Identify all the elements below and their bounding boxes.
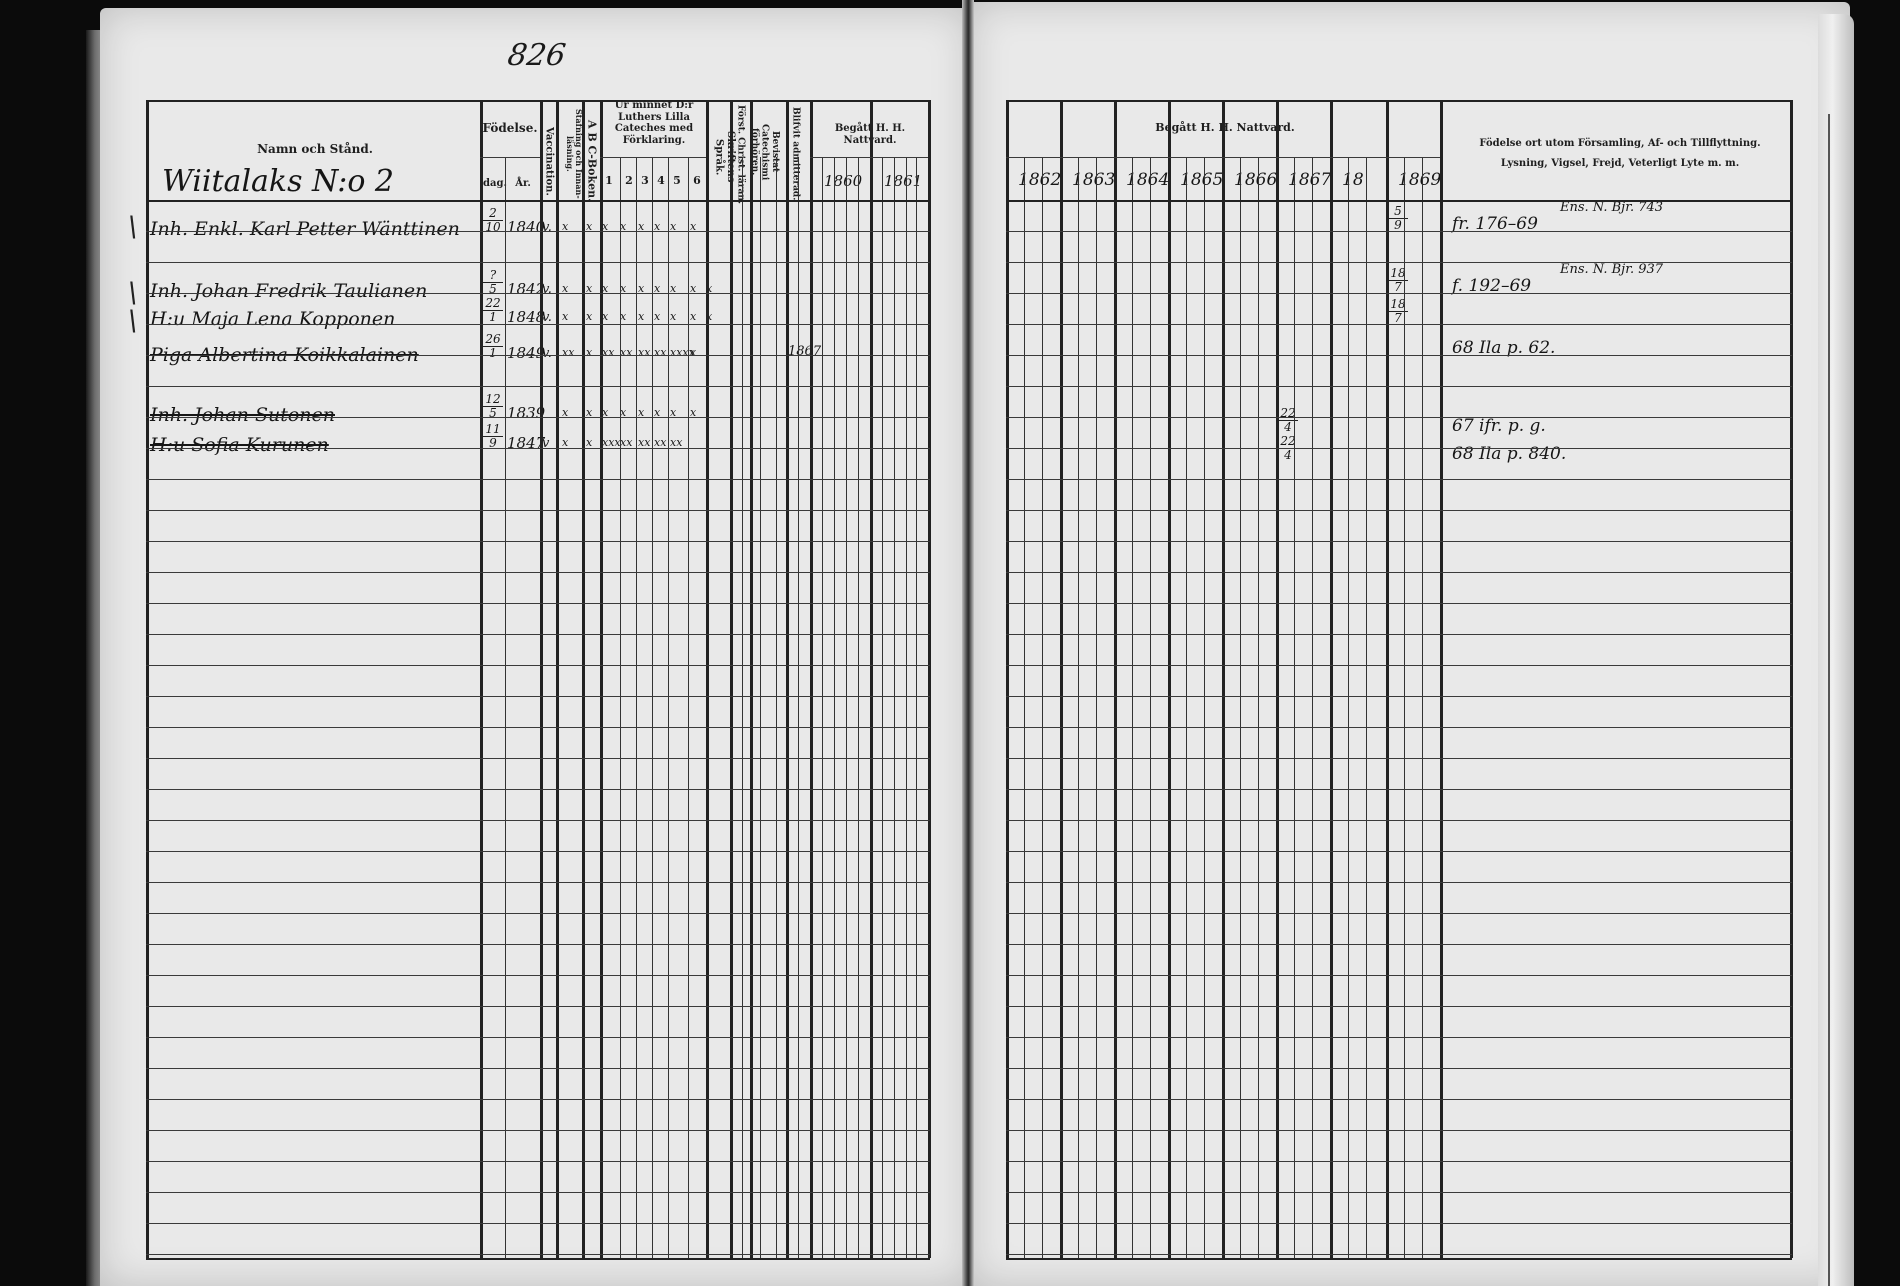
rule-line xyxy=(1006,293,1792,294)
rule-line xyxy=(1006,820,1792,821)
remark-text: 67 ifr. p. g. xyxy=(1452,416,1546,436)
rule-line xyxy=(1006,157,1440,158)
rule-line xyxy=(146,1223,930,1224)
rule-line xyxy=(1790,100,1793,1258)
rule-line xyxy=(1006,789,1792,790)
rule-line xyxy=(786,100,789,1258)
rule-line xyxy=(146,1099,930,1100)
rule-line xyxy=(146,789,930,790)
header-remarks: Födelse ort utom Församling, Af- och Til… xyxy=(1470,134,1770,174)
rule-line xyxy=(1078,157,1079,1258)
header-reading: Stafning och Innan-läsning. xyxy=(561,104,583,204)
rule-line xyxy=(146,386,930,387)
entry-mark: x xyxy=(670,310,676,323)
rule-line xyxy=(146,1130,930,1131)
entry-vaccination: v. xyxy=(542,220,552,235)
catechism-col-3: 3 xyxy=(638,175,652,188)
rule-line xyxy=(1006,1099,1792,1100)
header-catechism: Ur minnet D:r Luthers Lilla Cateches med… xyxy=(604,100,704,146)
rule-line xyxy=(1006,541,1792,542)
rule-line xyxy=(1006,634,1792,635)
header-vaccination: Vaccination. xyxy=(543,116,555,206)
rule-line xyxy=(146,1037,930,1038)
rule-line xyxy=(146,100,149,1258)
rule-line xyxy=(688,157,689,1258)
entry-vaccination: v. xyxy=(542,346,552,361)
margin-checkmark: \ xyxy=(128,304,137,337)
rule-line xyxy=(1006,572,1792,573)
rule-line xyxy=(1006,262,1792,263)
entry-mark: x xyxy=(690,346,696,359)
rule-line xyxy=(146,200,930,202)
rule-line xyxy=(1006,231,1792,232)
date-fraction: 224 xyxy=(1278,408,1298,433)
rule-line xyxy=(1006,479,1792,480)
header-birth: Födelse. xyxy=(482,122,538,136)
rule-line xyxy=(582,100,585,1258)
household-heading: Wiitalaks N:o 2 xyxy=(162,164,394,199)
date-fraction: 59 xyxy=(1388,206,1408,231)
rule-line xyxy=(1006,944,1792,945)
rule-line xyxy=(480,157,540,158)
rule-line xyxy=(1114,100,1117,1258)
rule-line xyxy=(1366,157,1367,1258)
catechism-col-5: 5 xyxy=(670,175,684,188)
entry-name: H:u Maja Lena Kopponen xyxy=(150,308,395,330)
rule-line xyxy=(146,727,930,728)
rule-line xyxy=(1404,157,1405,1258)
date-fraction: 125 xyxy=(483,394,503,419)
rule-line xyxy=(1006,100,1009,1258)
rule-line xyxy=(146,1161,930,1162)
rule-line xyxy=(1006,727,1792,728)
rule-line xyxy=(146,417,930,418)
rule-line xyxy=(1440,100,1443,1258)
rule-line xyxy=(882,157,883,1258)
rule-line xyxy=(1006,324,1792,325)
date-fraction: 187 xyxy=(1388,299,1408,324)
rule-line xyxy=(1006,913,1792,914)
rule-line xyxy=(1006,758,1792,759)
date-fraction: 119 xyxy=(483,424,503,449)
rule-line xyxy=(810,157,928,158)
rule-line xyxy=(556,100,559,1258)
rule-line xyxy=(894,157,895,1258)
rule-line xyxy=(1006,200,1792,202)
rule-line xyxy=(146,944,930,945)
rule-line xyxy=(1006,851,1792,852)
rule-line xyxy=(1006,1037,1792,1038)
book-edge-right xyxy=(1818,14,1854,1286)
communion-year-header: 18 xyxy=(1342,170,1364,190)
rule-line xyxy=(620,157,621,1258)
rule-line xyxy=(822,157,823,1258)
rule-line xyxy=(146,1068,930,1069)
header-abc-book: A B C-Boken. xyxy=(585,118,598,203)
rule-line xyxy=(1006,510,1792,511)
rule-line xyxy=(1006,1161,1792,1162)
rule-line xyxy=(600,100,603,1258)
header-birth-day: dag. xyxy=(483,178,507,190)
rule-line xyxy=(858,157,859,1258)
rule-line xyxy=(146,975,930,976)
rule-line xyxy=(834,157,835,1258)
rule-line xyxy=(146,448,930,449)
folio-number: 826 xyxy=(506,38,568,73)
entry-mark: x xyxy=(638,310,644,323)
rule-line xyxy=(730,100,733,1258)
rule-line xyxy=(846,157,847,1258)
rule-line xyxy=(1150,157,1151,1258)
catechism-col-6: 6 xyxy=(690,175,704,188)
remark-text: 68 Ila p. 840. xyxy=(1452,444,1566,464)
rule-line xyxy=(1348,157,1349,1258)
rule-line xyxy=(1060,100,1063,1258)
rule-line xyxy=(652,157,653,1258)
entry-mark: x xyxy=(586,346,592,359)
rule-line xyxy=(146,882,930,883)
remark-note: Ens. N. Bjr. 743 xyxy=(1560,200,1663,215)
rule-line xyxy=(1006,1223,1792,1224)
rule-line xyxy=(1006,1254,1792,1255)
rule-line xyxy=(1006,417,1792,418)
header-christ-doctrine: Först. Christ. läran. xyxy=(735,104,745,204)
entry-mark: xx xyxy=(562,346,574,359)
rule-line xyxy=(146,293,930,294)
rule-line xyxy=(916,157,917,1258)
rule-line xyxy=(600,157,706,158)
entry-name: Inh. Johan Fredrik Taulianen xyxy=(150,280,427,302)
remark-note: Ens. N. Bjr. 937 xyxy=(1560,262,1663,277)
rule-line xyxy=(1006,355,1792,356)
entry-vaccination: v. xyxy=(542,310,552,325)
rule-line xyxy=(1222,100,1225,1258)
rule-line xyxy=(146,851,930,852)
entry-mark: x xyxy=(562,310,568,323)
rule-line xyxy=(146,696,930,697)
rule-line xyxy=(1386,100,1389,1258)
rule-line xyxy=(146,324,930,325)
rule-line xyxy=(1006,665,1792,666)
rule-line xyxy=(1204,157,1205,1258)
rule-line xyxy=(1186,157,1187,1258)
rule-line xyxy=(146,510,930,511)
catechism-col-2: 2 xyxy=(622,175,636,188)
rule-line xyxy=(146,479,930,480)
rule-line xyxy=(146,665,930,666)
rule-line xyxy=(505,157,506,1258)
rule-line xyxy=(1006,975,1792,976)
entry-vaccination: v. xyxy=(542,282,552,297)
rule-line xyxy=(540,100,543,1258)
date-fraction: 221 xyxy=(483,298,503,323)
rule-line xyxy=(1006,1130,1792,1131)
rule-line xyxy=(1258,157,1259,1258)
rule-line xyxy=(1096,157,1097,1258)
rule-line xyxy=(146,1192,930,1193)
rule-line xyxy=(668,157,669,1258)
entry-mark: xx xyxy=(654,346,666,359)
rule-line xyxy=(760,157,761,1258)
rule-line xyxy=(480,100,483,1258)
entry-name: H:u Sofia Kurunen xyxy=(150,434,329,456)
rule-line xyxy=(750,100,753,1258)
rule-line xyxy=(810,100,813,1258)
rule-line xyxy=(146,758,930,759)
rule-line xyxy=(146,634,930,635)
entry-mark: xx xyxy=(638,346,650,359)
header-name: Namn och Stånd. xyxy=(150,143,480,157)
rule-line xyxy=(1006,448,1792,449)
rule-line xyxy=(1006,1006,1792,1007)
rule-line xyxy=(1006,1192,1792,1193)
rule-line xyxy=(1422,157,1423,1258)
rule-line xyxy=(906,157,907,1258)
rule-line xyxy=(1294,157,1295,1258)
rule-line xyxy=(1024,157,1025,1258)
entry-mark: x xyxy=(586,310,592,323)
rule-line xyxy=(1006,603,1792,604)
date-fraction: ?5 xyxy=(483,270,503,295)
entry-mark: x xyxy=(690,310,696,323)
rule-line xyxy=(146,541,930,542)
rule-line xyxy=(1006,696,1792,697)
date-fraction: 210 xyxy=(483,208,503,233)
entry-mark: x xyxy=(654,310,660,323)
date-fraction: 187 xyxy=(1388,268,1408,293)
rule-line xyxy=(146,355,930,356)
entry-name: Inh. Johan Sutonen xyxy=(150,404,335,426)
rule-line xyxy=(636,157,637,1258)
entry-mark: xx xyxy=(620,346,632,359)
rule-line xyxy=(146,913,930,914)
rule-line xyxy=(1276,100,1279,1258)
rule-line xyxy=(776,157,777,1258)
entry-name: Inh. Enkl. Karl Petter Wänttinen xyxy=(150,218,460,240)
rule-line xyxy=(1006,1068,1792,1069)
header-communion-right: Begått H. H. Nattvard. xyxy=(1010,122,1440,135)
rule-line xyxy=(1168,100,1171,1258)
rule-line xyxy=(1312,157,1313,1258)
rule-line xyxy=(1006,386,1792,387)
entry-admitted: 1867 xyxy=(788,344,821,359)
rule-line xyxy=(1042,157,1043,1258)
rule-line xyxy=(146,603,930,604)
rule-line xyxy=(928,100,931,1258)
header-birth-year: År. xyxy=(508,178,538,190)
rule-line xyxy=(146,262,930,263)
catechism-col-1: 1 xyxy=(602,175,616,188)
rule-line xyxy=(1006,882,1792,883)
rule-line xyxy=(146,1254,930,1255)
rule-line xyxy=(146,231,930,232)
rule-line xyxy=(146,820,930,821)
rule-line xyxy=(1240,157,1241,1258)
communion-year-header: 1860 xyxy=(824,172,862,190)
margin-checkmark: \ xyxy=(128,210,137,243)
rule-line xyxy=(1330,100,1333,1258)
rule-line xyxy=(146,1006,930,1007)
catechism-col-4: 4 xyxy=(654,175,668,188)
entry-mark: xx xyxy=(602,346,614,359)
rule-line xyxy=(146,572,930,573)
rule-line xyxy=(742,157,743,1258)
rule-line xyxy=(706,100,709,1258)
rule-line xyxy=(870,100,873,1258)
book-gutter xyxy=(962,0,974,1286)
rule-line xyxy=(798,157,799,1258)
rule-line xyxy=(1132,157,1133,1258)
